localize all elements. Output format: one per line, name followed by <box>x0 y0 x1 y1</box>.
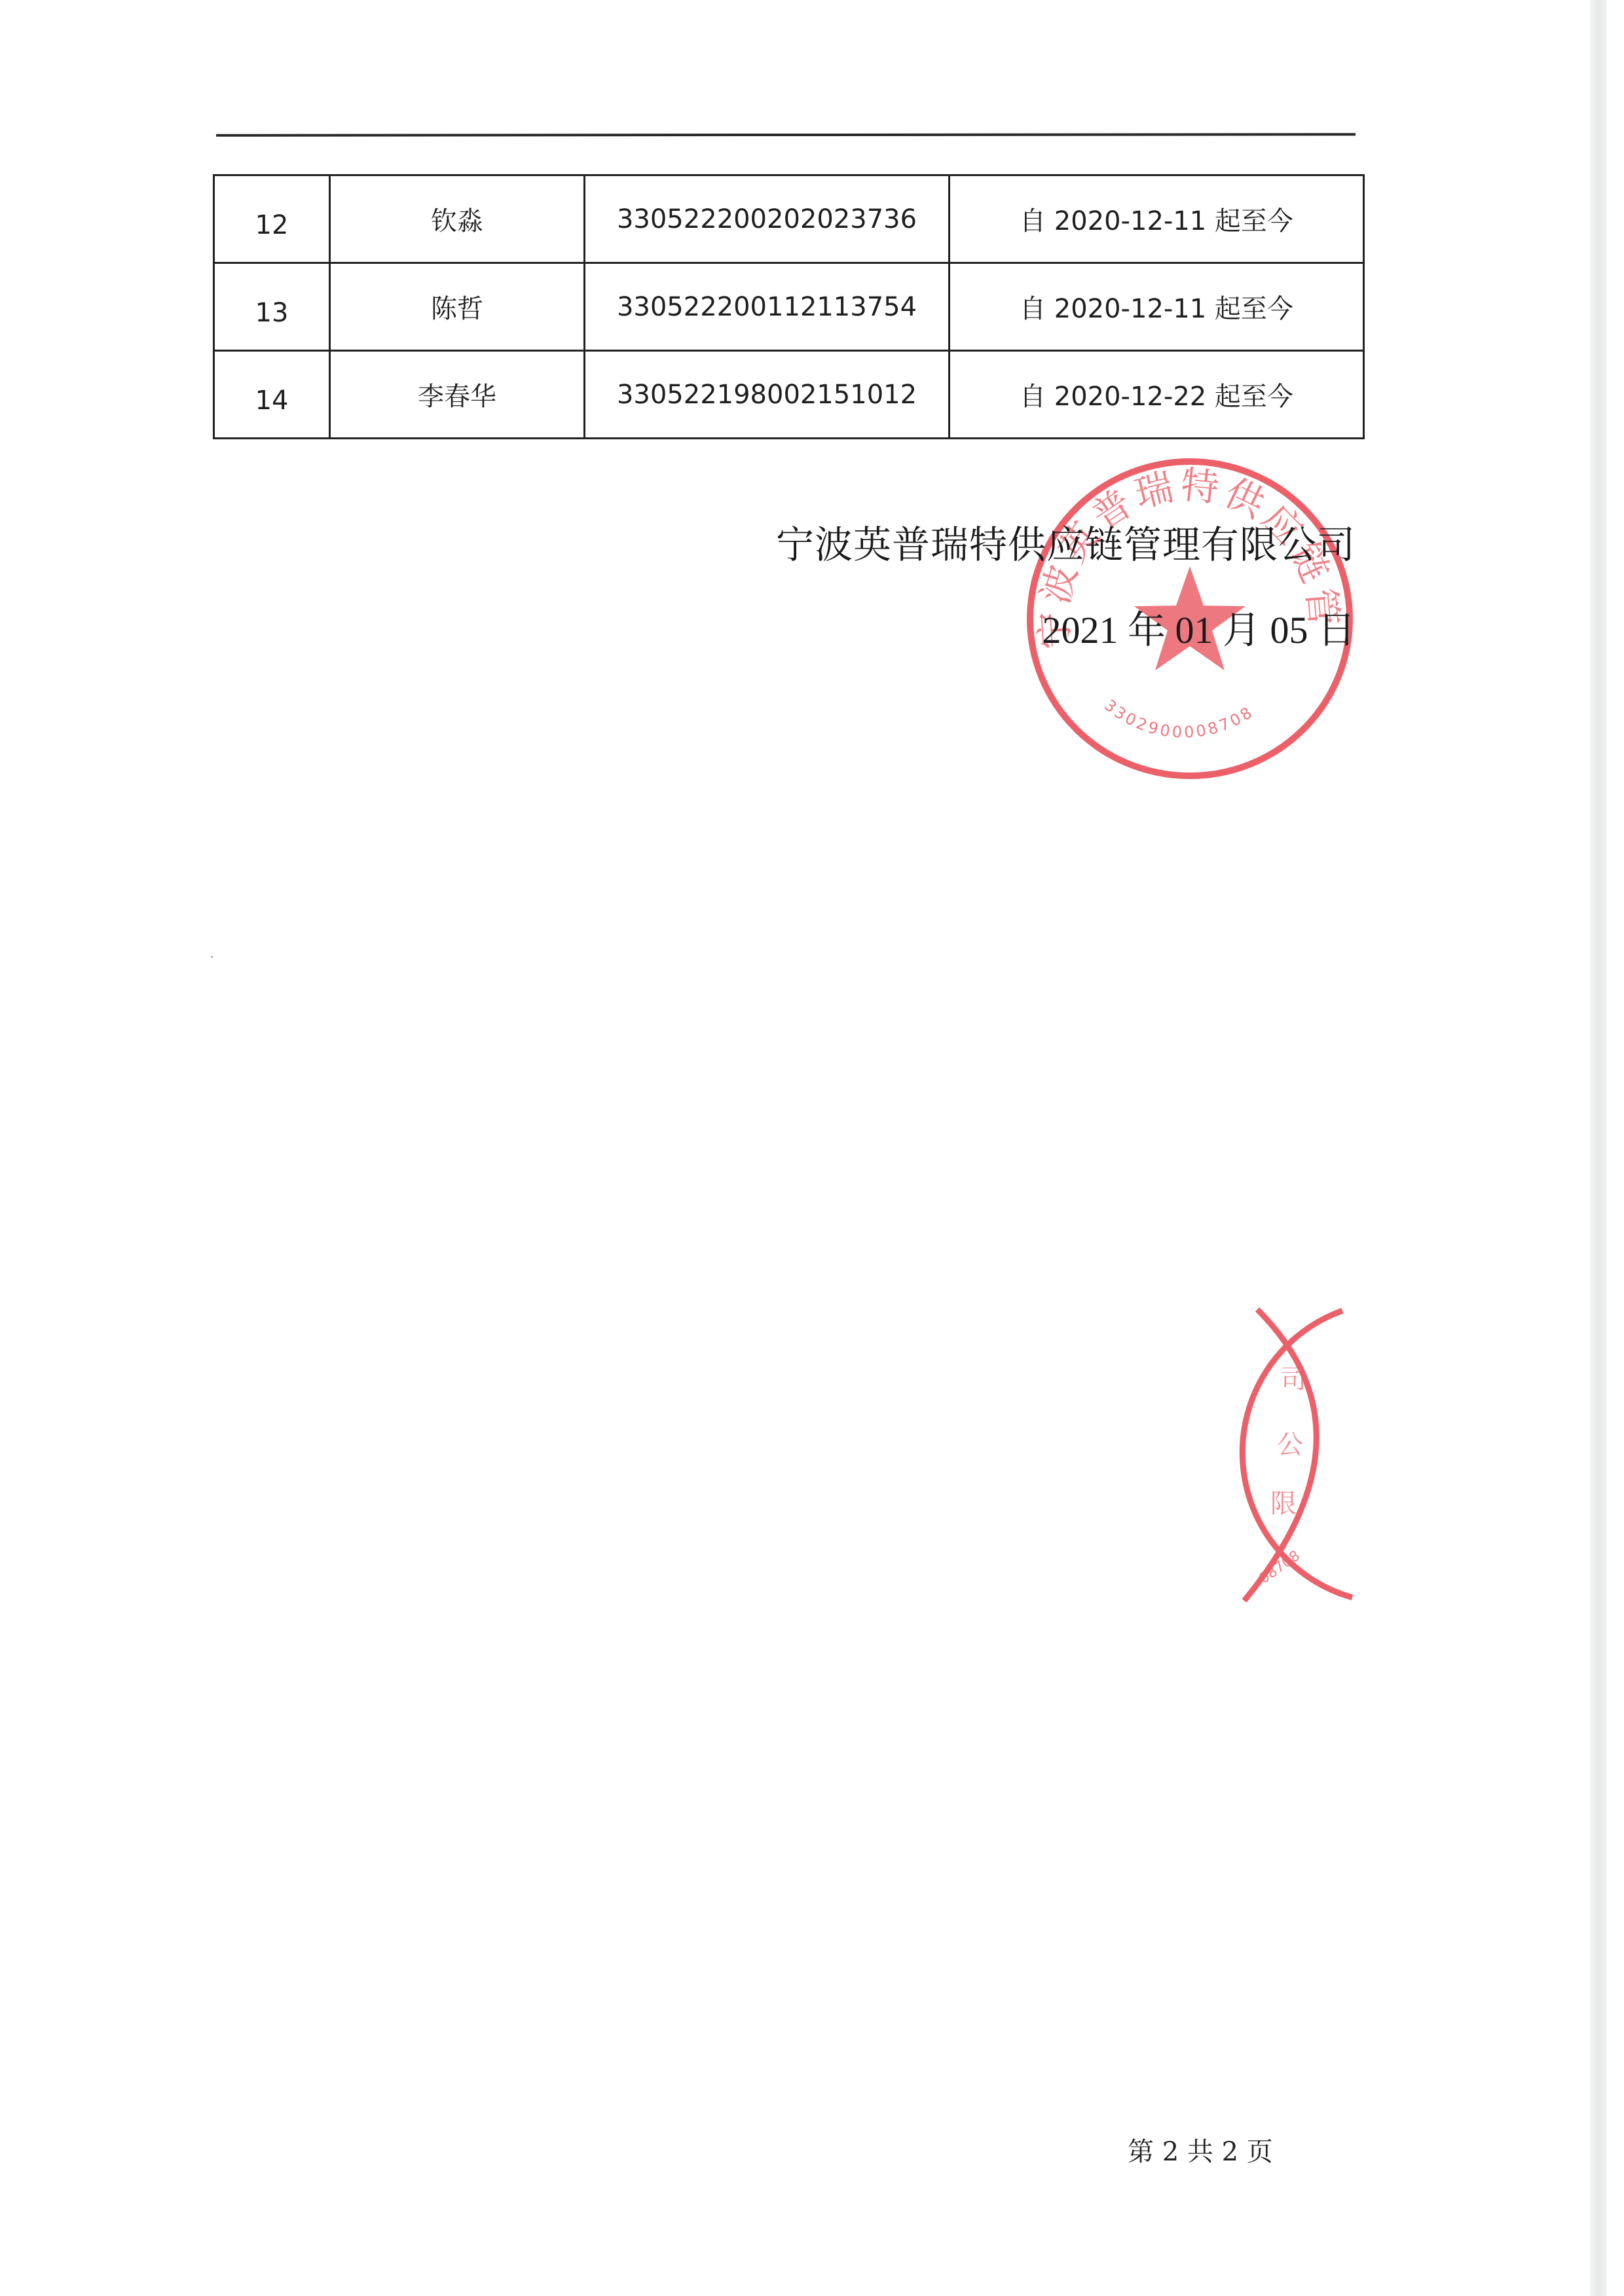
svg-text:公: 公 <box>1277 1430 1303 1460</box>
signature-date: 2021 年 01 月 05 日 <box>1042 599 1356 654</box>
row-index: 14 <box>214 351 330 439</box>
signatory-company: 宁波英普瑞特供应链管理有限公司 <box>776 514 1356 569</box>
row-index: 13 <box>214 263 330 351</box>
row-index: 12 <box>214 175 330 263</box>
header-rule <box>216 133 1356 137</box>
seal-code: 3302900008708 <box>1101 696 1257 742</box>
scan-speck <box>211 956 213 958</box>
person-name: 陈哲 <box>330 263 585 351</box>
table-row: 13 陈哲 330522200112113754 自 2020-12-11 起至… <box>214 263 1364 351</box>
page-number: 第 2 共 2 页 <box>1128 2131 1273 2168</box>
table-row: 14 李春华 330522198002151012 自 2020-12-22 起… <box>214 351 1364 439</box>
employment-period: 自 2020-12-11 起至今 <box>950 175 1364 263</box>
table-row: 12 钦淼 330522200202023736 自 2020-12-11 起至… <box>214 175 1364 263</box>
scan-edge <box>1590 0 1607 2296</box>
svg-text:司: 司 <box>1280 1364 1306 1394</box>
id-number: 330522198002151012 <box>585 351 950 439</box>
id-number: 330522200112113754 <box>585 263 950 351</box>
person-name: 钦淼 <box>330 175 585 263</box>
partial-seal-icon: 司 公 限 08708 <box>1231 1303 1362 1604</box>
employment-period: 自 2020-12-22 起至今 <box>950 351 1364 439</box>
employment-period: 自 2020-12-11 起至今 <box>950 263 1364 351</box>
personnel-table: 12 钦淼 330522200202023736 自 2020-12-11 起至… <box>213 174 1365 439</box>
svg-text:限: 限 <box>1270 1489 1297 1519</box>
svg-text:3302900008708: 3302900008708 <box>1101 696 1257 742</box>
id-number: 330522200202023736 <box>585 175 950 263</box>
person-name: 李春华 <box>330 351 585 439</box>
